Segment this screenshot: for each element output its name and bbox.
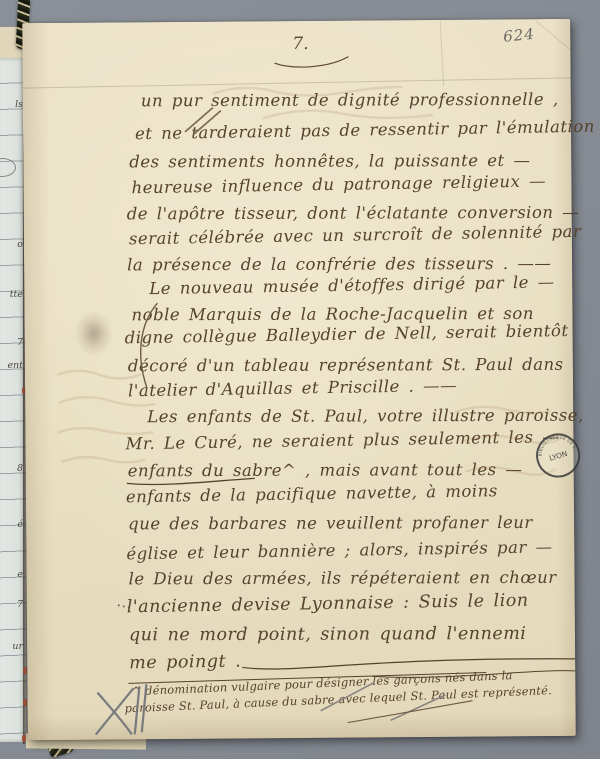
manuscript-line: noble Marquis de la Roche-Jacquelin et s… <box>131 306 534 324</box>
manuscript-line: l'ancienne devise Lyonnaise : Suis le li… <box>127 593 529 617</box>
manuscript-line: enfants de la pacifique navette, à moins <box>126 483 498 506</box>
manuscript-line: décoré d'un tableau représentant St. Pau… <box>128 357 564 375</box>
manuscript-page: 7. 624 un pur sentiment de dignité profe… <box>22 19 576 740</box>
binding-stitch <box>23 699 27 706</box>
manuscript-line: digne collègue Balleydier de Nell, serai… <box>125 323 569 347</box>
manuscript-line: Les enfants de St. Paul, votre illustre … <box>147 408 584 426</box>
previous-page-text-fragment: ent <box>7 361 23 371</box>
manuscript-line: la présence de la confrérie des tisseurs… <box>127 256 551 274</box>
manuscript-line: qui ne mord point, sinon quand l'ennemi <box>129 626 526 645</box>
manuscript-line: que des barbares ne veuillent profaner l… <box>128 515 533 533</box>
corner-crease <box>536 21 570 50</box>
page-number: 7. <box>292 36 308 53</box>
manuscript-line: le Dieu des armées, ils répéteraient en … <box>129 570 557 588</box>
manuscript-line: heureuse influence du patronage religieu… <box>131 173 546 196</box>
manuscript-line: enfants du sabre^ , mais avant tout les … <box>128 462 523 480</box>
manuscript-line: l'atelier d'Aquillas et Priscille . —— <box>128 378 457 400</box>
ink-smudge <box>74 310 112 356</box>
line-end-flourish <box>242 658 575 669</box>
manuscript-line: de l'apôtre tisseur, dont l'éclatante co… <box>127 205 580 223</box>
horizontal-crease <box>23 78 571 88</box>
folio-number-pencil: 624 <box>503 27 536 45</box>
manuscript-line: des sentiments honnêtes, la puissante et… <box>129 153 530 171</box>
vertical-crease <box>440 20 444 86</box>
previous-page-text-fragment: ls <box>15 100 23 110</box>
manuscript-line: me poingt . <box>129 653 241 672</box>
manuscript-line: Mr. Le Curé, ne seraient plus seulement … <box>125 429 559 453</box>
manuscript-line: Le nouveau musée d'étoffes dirigé par le… <box>149 274 555 297</box>
manuscript-line: un pur sentiment de dignité professionne… <box>141 92 559 110</box>
previous-page-text-fragment: tte <box>10 290 23 300</box>
manuscript-line: église et leur bannière ; alors, inspiré… <box>126 539 552 563</box>
previous-page-text-fragment: ur <box>12 642 23 652</box>
previous-page-oval-flourish <box>0 158 16 177</box>
photographed-archive-scene: ls o tte 7 ent 8 é e 7 ur 7. 624 un pur … <box>0 0 600 759</box>
page-number-flourish <box>274 57 348 68</box>
manuscript-line: serait célébrée avec un surcroît de sole… <box>129 224 582 248</box>
manuscript-line: et ne tarderaient pas de ressentir par l… <box>135 118 600 143</box>
